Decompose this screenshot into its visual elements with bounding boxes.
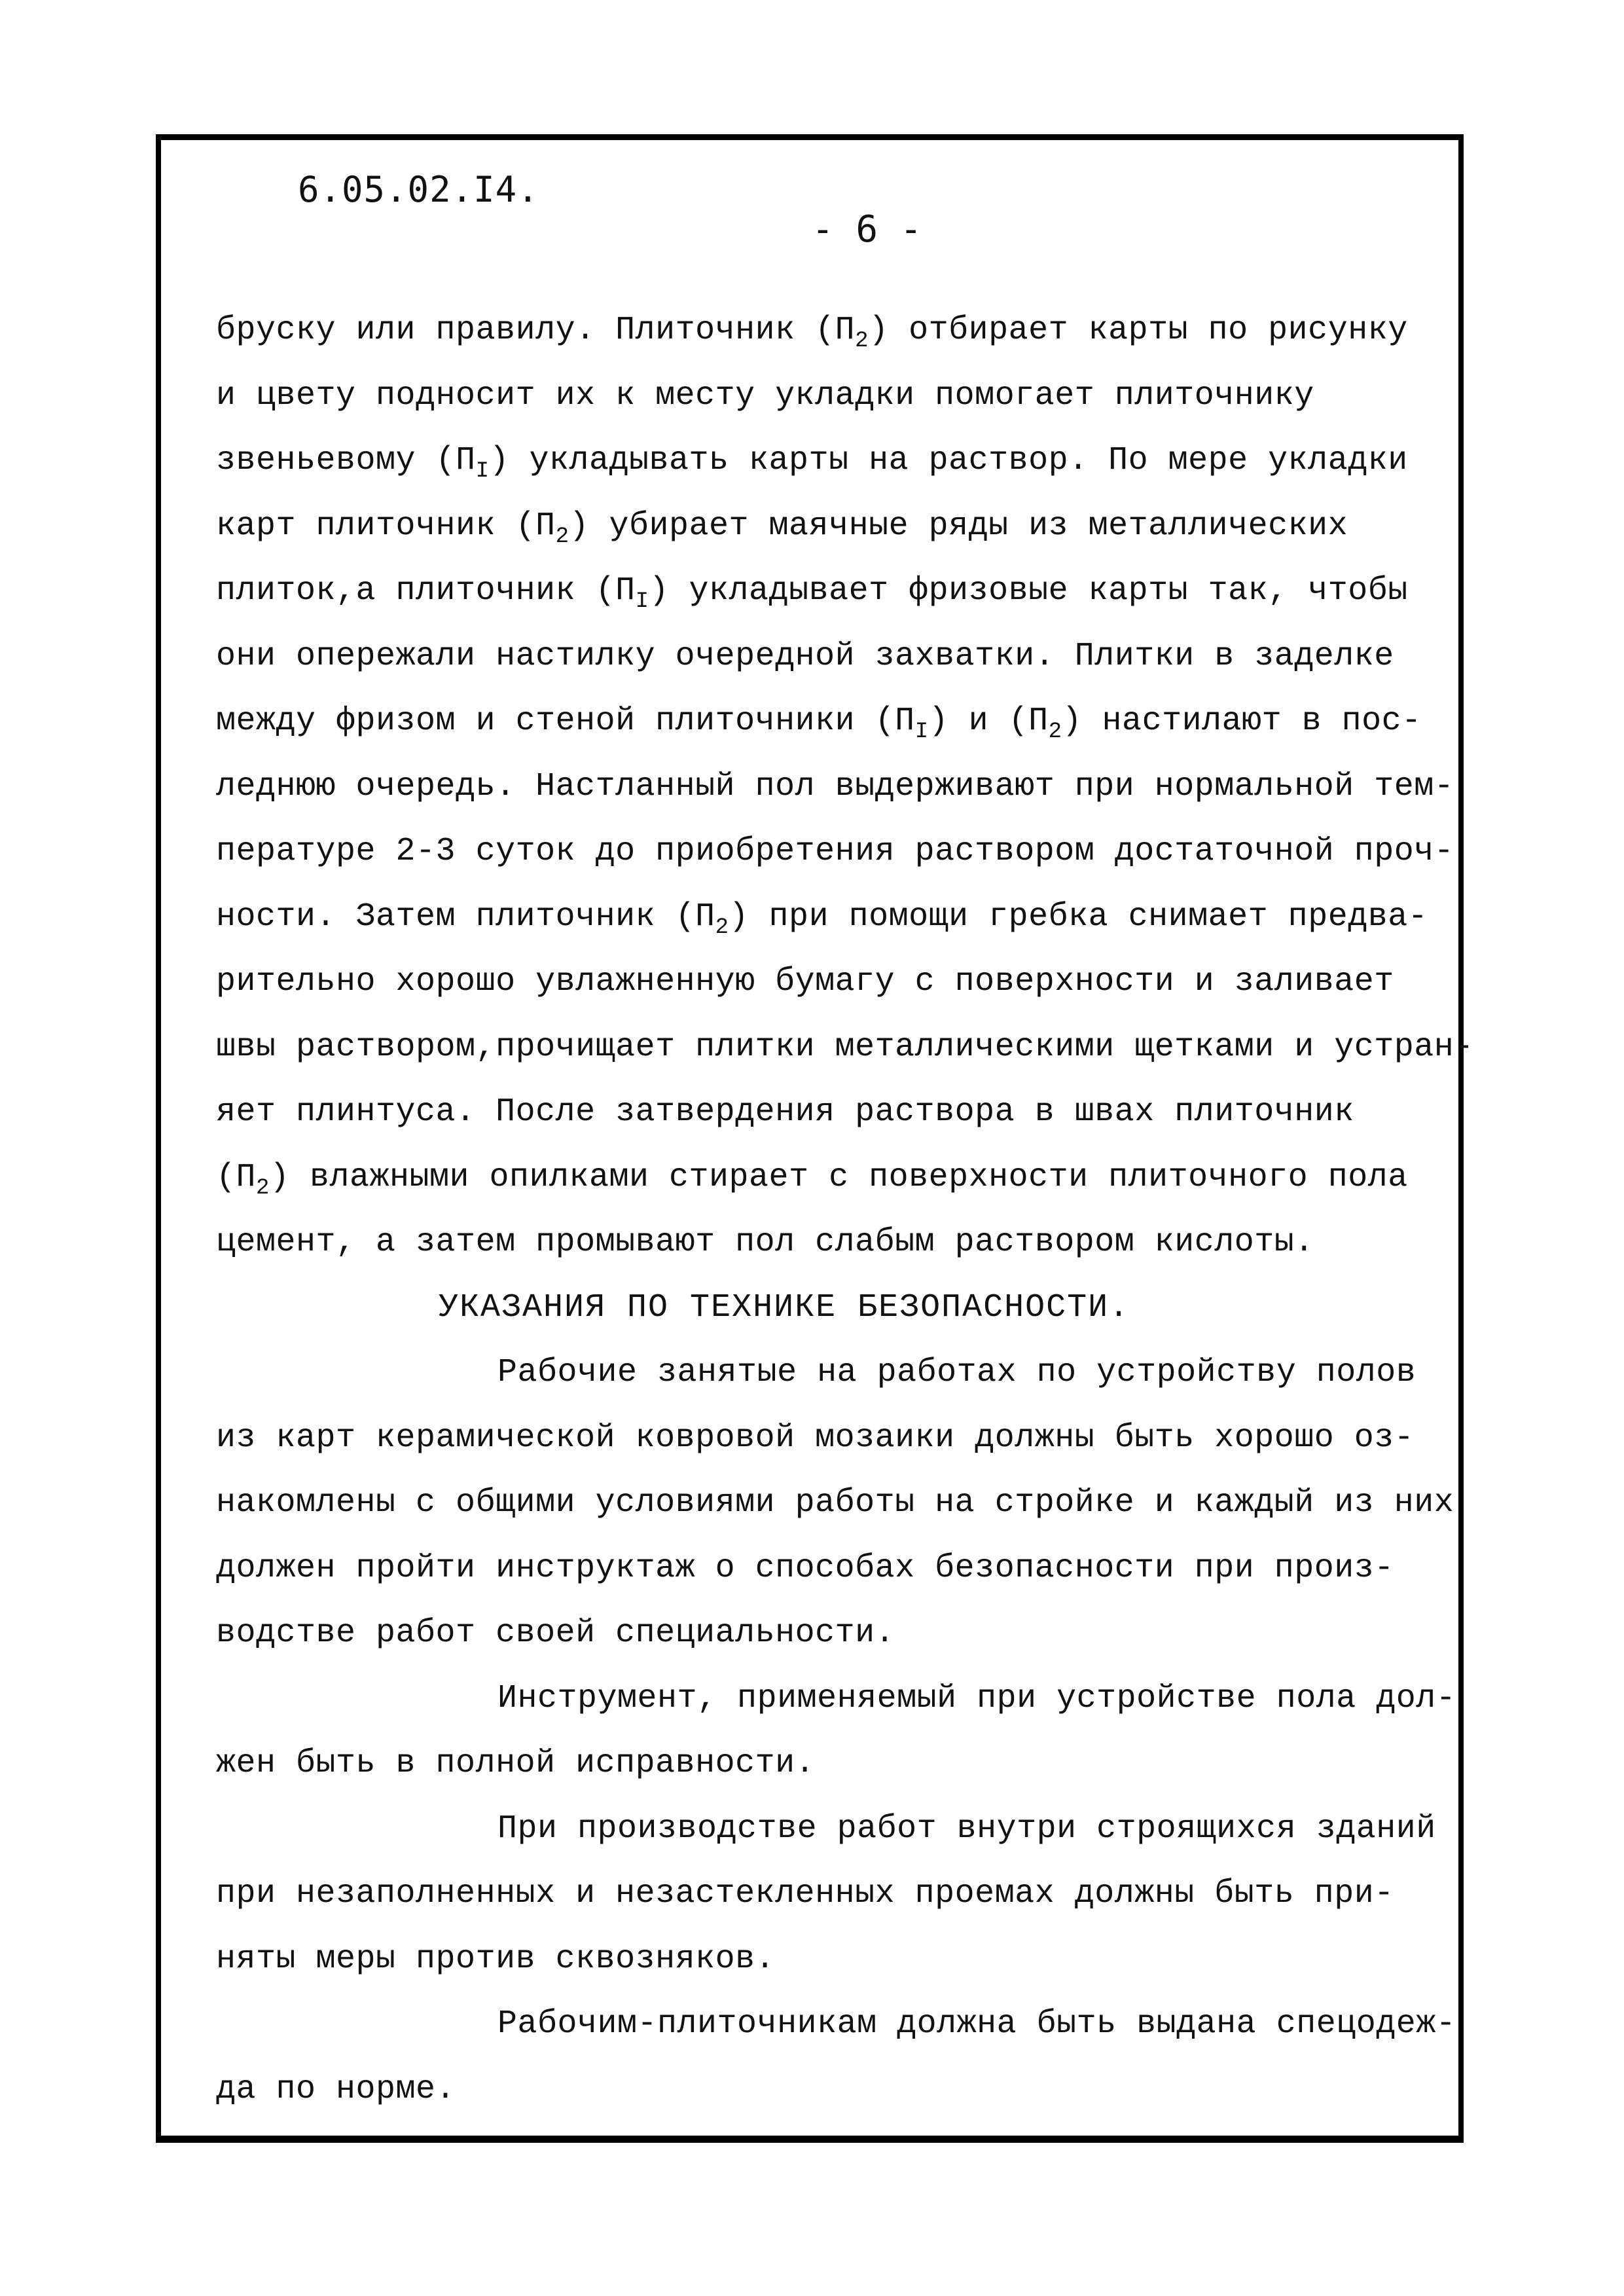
text-line: Рабочим-плиточникам должна быть выдана с… [216,1992,1460,2057]
text-line: плиток,а плиточник (ПI) укладывает фризо… [216,558,1460,624]
text-line: бруску или правилу. Плиточник (П2) отбир… [216,298,1460,363]
page-number: - 6 - [812,208,922,251]
text-line: накомлены с общими условиями работы на с… [216,1470,1460,1536]
text-line: пературе 2-3 суток до приобретения раств… [216,819,1460,884]
text-line: жен быть в полной исправности. [216,1731,1460,1796]
text-line: при незаполненных и незастекленных проем… [216,1861,1460,1927]
text-line: швы раствором,прочищает плитки металличе… [216,1015,1460,1080]
text-line: рительно хорошо увлажненную бумагу с пов… [216,949,1460,1015]
text-line: они опережали настилку очередной захватк… [216,624,1460,689]
text-line: карт плиточник (П2) убирает маячные ряды… [216,494,1460,559]
text-line: Рабочие занятые на работах по устройству… [216,1340,1460,1406]
text-line: и цвету подносит их к месту укладки помо… [216,363,1460,429]
text-line: из карт керамической ковровой мозаики до… [216,1406,1460,1471]
text-line: няты меры против сквозняков. [216,1927,1460,1992]
text-line: (П2) влажными опилками стирает с поверхн… [216,1145,1460,1211]
document-code: 6.05.02.I4. [298,169,539,210]
text-line: да по норме. [216,2057,1460,2123]
text-line: леднюю очередь. Настланный пол выдержива… [216,754,1460,820]
text-line: водстве работ своей специальности. [216,1601,1460,1666]
text-line: должен пройти инструктаж о способах безо… [216,1536,1460,1601]
text-line: между фризом и стеной плиточники (ПI) и … [216,689,1460,754]
text-line: Инструмент, применяемый при устройстве п… [216,1666,1460,1732]
text-line: ности. Затем плиточник (П2) при помощи г… [216,884,1460,950]
text-line: яет плинтуса. После затвердения раствора… [216,1080,1460,1145]
text-line: При производстве работ внутри строящихся… [216,1796,1460,1862]
section-heading: УКАЗАНИЯ ПО ТЕХНИКЕ БЕЗОПАСНОСТИ. [216,1275,1460,1341]
text-line: звеньевому (ПI) укладывать карты на раст… [216,428,1460,494]
text-line: цемент, а затем промывают пол слабым рас… [216,1210,1460,1275]
document-body: бруску или правилу. Плиточник (П2) отбир… [216,298,1460,2122]
